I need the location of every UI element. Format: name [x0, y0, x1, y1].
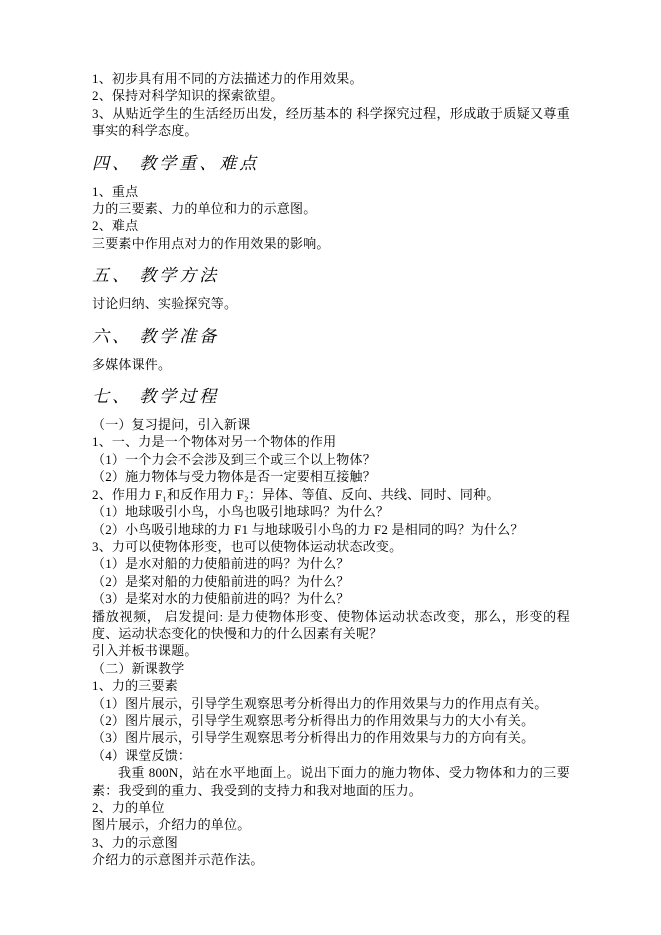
- section-heading-4: 四、 教学重、难点: [92, 153, 570, 174]
- paragraph: （1）一个力会不会涉及到三个或三个以上物体？: [92, 451, 570, 468]
- paragraph: 1、初步具有用不同的方法描述力的作用效果。: [92, 70, 570, 87]
- paragraph: 1、重点: [92, 183, 570, 200]
- paragraph: 2、作用力 F₁和反作用力 F₂：异体、等值、反向、共线、同时、同种。: [92, 486, 570, 503]
- paragraph: 2、力的单位: [92, 799, 570, 816]
- paragraph: （二）新课教学: [92, 660, 570, 677]
- paragraph: 1、力的三要素: [92, 677, 570, 694]
- paragraph: （2）施力物体与受力物体是否一定要相互接触？: [92, 468, 570, 485]
- document-page: 1、初步具有用不同的方法描述力的作用效果。 2、保持对科学知识的探索欲望。 3、…: [0, 0, 661, 935]
- paragraph: （2）是桨对船的力使船前进的吗？为什么？: [92, 573, 570, 590]
- paragraph: （1）图片展示，引导学生观察思考分析得出力的作用效果与力的作用点有关。: [92, 695, 570, 712]
- paragraph: （3）图片展示，引导学生观察思考分析得出力的作用效果与力的方向有关。: [92, 729, 570, 746]
- paragraph: 3、从贴近学生的生活经历出发，经历基本的 科学探究过程，形成敢于质疑又尊重事实的…: [92, 105, 570, 140]
- paragraph: （2）图片展示，引导学生观察思考分析得出力的作用效果与力的大小有关。: [92, 712, 570, 729]
- paragraph: 介绍力的示意图并示范作法。: [92, 851, 570, 868]
- document-content: 1、初步具有用不同的方法描述力的作用效果。 2、保持对科学知识的探索欲望。 3、…: [92, 70, 570, 869]
- paragraph: 2、难点: [92, 217, 570, 234]
- paragraph: 3、力可以使物体形变，也可以使物体运动状态改变。: [92, 538, 570, 555]
- paragraph: 我重 800N，站在水平地面上。说出下面力的施力物体、受力物体和力的三要素：我受…: [92, 764, 570, 799]
- paragraph: 2、保持对科学知识的探索欲望。: [92, 87, 570, 104]
- paragraph: 图片展示，介绍力的单位。: [92, 816, 570, 833]
- paragraph: （4）课堂反馈：: [92, 747, 570, 764]
- paragraph: 多媒体课件。: [92, 356, 570, 373]
- paragraph: 播放视频， 启发提问: 是力使物体形变、使物体运动状态改变，那么，形变的程度、运…: [92, 608, 570, 643]
- paragraph: （一）复习提问，引入新课: [92, 416, 570, 433]
- paragraph: 1、一、力是一个物体对另一个物体的作用: [92, 433, 570, 450]
- section-heading-7: 七、 教学过程: [92, 386, 570, 407]
- paragraph: （2）小鸟吸引地球的力 F1 与地球吸引小鸟的力 F2 是相同的吗？为什么？: [92, 521, 570, 538]
- paragraph: 3、力的示意图: [92, 834, 570, 851]
- paragraph: 三要素中作用点对力的作用效果的影响。: [92, 235, 570, 252]
- paragraph: 讨论归纳、实验探究等。: [92, 295, 570, 312]
- paragraph: （3）是桨对水的力使船前进的吗？为什么？: [92, 590, 570, 607]
- paragraph: 力的三要素、力的单位和力的示意图。: [92, 200, 570, 217]
- paragraph: （1）地球吸引小鸟，小鸟也吸引地球吗？为什么？: [92, 503, 570, 520]
- section-heading-6: 六、 教学准备: [92, 326, 570, 347]
- section-heading-5: 五、 教学方法: [92, 265, 570, 286]
- paragraph: 引入并板书课题。: [92, 642, 570, 659]
- paragraph: （1）是水对船的力使船前进的吗？为什么？: [92, 555, 570, 572]
